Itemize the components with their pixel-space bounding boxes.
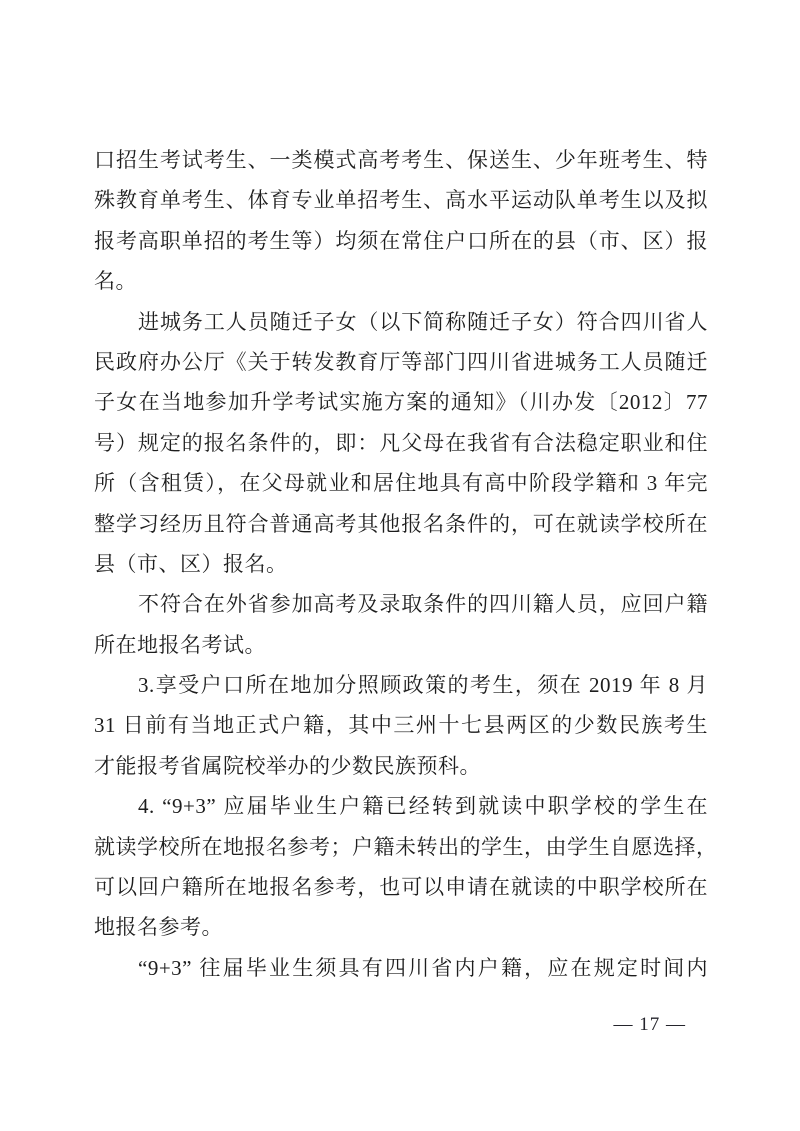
paragraph: 不符合在外省参加高考及录取条件的四川籍人员，应回户籍 所在地报名考试。 (94, 584, 708, 665)
document-body: 口招生考试考生、一类模式高考考生、保送生、少年班考生、特 殊教育单考生、体育专业… (94, 140, 708, 988)
text-line: 所（含租赁），在父母就业和居住地具有高中阶段学籍和 3 年完 (94, 463, 708, 503)
paragraph: 进城务工人员随迁子女（以下简称随迁子女）符合四川省人 民政府办公厅《关于转发教育… (94, 302, 708, 585)
paragraph: “9+3” 往届毕业生须具有四川省内户籍，应在规定时间内 (94, 948, 708, 988)
text-line: 可以回户籍所在地报名参考，也可以申请在就读的中职学校所在 (94, 867, 708, 907)
text-line: 子女在当地参加升学考试实施方案的通知》（川办发〔2012〕77 (94, 382, 708, 422)
text-line: 3.享受户口所在地加分照顾政策的考生，须在 2019 年 8 月 (94, 665, 708, 705)
text-line: 4. “9+3” 应届毕业生户籍已经转到就读中职学校的学生在 (94, 786, 708, 826)
text-line: 报考高职单招的考生等）均须在常住户口所在的县（市、区）报 (94, 221, 708, 261)
text-line: 31 日前有当地正式户籍，其中三州十七县两区的少数民族考生 (94, 705, 708, 745)
text-line: 殊教育单考生、体育专业单招考生、高水平运动队单考生以及拟 (94, 180, 708, 220)
text-line: 口招生考试考生、一类模式高考考生、保送生、少年班考生、特 (94, 140, 708, 180)
document-page: 口招生考试考生、一类模式高考考生、保送生、少年班考生、特 殊教育单考生、体育专业… (0, 0, 800, 1131)
text-line: 就读学校所在地报名参考；户籍未转出的学生，由学生自愿选择， (94, 827, 708, 867)
paragraph: 4. “9+3” 应届毕业生户籍已经转到就读中职学校的学生在 就读学校所在地报名… (94, 786, 708, 948)
text-line: 不符合在外省参加高考及录取条件的四川籍人员，应回户籍 (94, 584, 708, 624)
text-line: 号）规定的报名条件的，即：凡父母在我省有合法稳定职业和住 (94, 423, 708, 463)
text-line: 县（市、区）报名。 (94, 544, 708, 584)
text-line: “9+3” 往届毕业生须具有四川省内户籍，应在规定时间内 (94, 948, 708, 988)
text-line: 整学习经历且符合普通高考其他报名条件的，可在就读学校所在 (94, 504, 708, 544)
paragraph: 口招生考试考生、一类模式高考考生、保送生、少年班考生、特 殊教育单考生、体育专业… (94, 140, 708, 302)
text-line: 名。 (94, 261, 708, 301)
text-line: 所在地报名考试。 (94, 625, 708, 665)
text-line: 地报名参考。 (94, 907, 708, 947)
text-line: 进城务工人员随迁子女（以下简称随迁子女）符合四川省人 (94, 302, 708, 342)
text-line: 才能报考省属院校举办的少数民族预科。 (94, 746, 708, 786)
text-line: 民政府办公厅《关于转发教育厅等部门四川省进城务工人员随迁 (94, 342, 708, 382)
paragraph: 3.享受户口所在地加分照顾政策的考生，须在 2019 年 8 月 31 日前有当… (94, 665, 708, 786)
page-number: — 17 — (614, 1012, 687, 1038)
